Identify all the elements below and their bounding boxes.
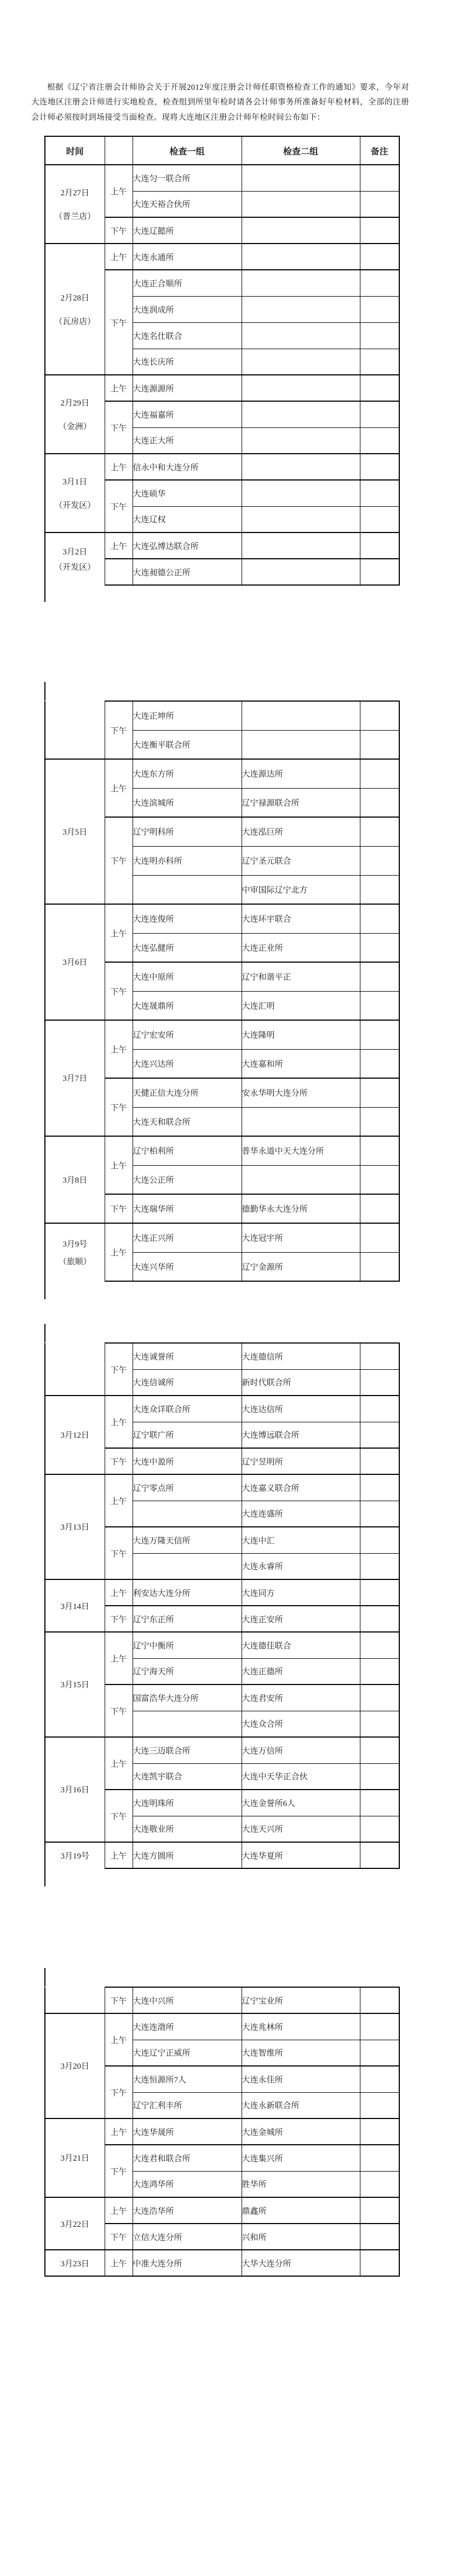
date-cell: 3月20日 <box>45 2013 105 2118</box>
date-cell <box>45 1343 105 1396</box>
group1-cell: 大连明珠所 <box>133 1790 242 1816</box>
group2-cell: 辽宁圣元联合 <box>242 846 360 875</box>
session-cell: 上午 <box>105 1579 133 1606</box>
date-cell: 3月7日 <box>45 1020 105 1136</box>
session-cell: 上午 <box>105 759 133 817</box>
table-row: 2月28日（瓦房店）上午大连永通所 <box>45 244 399 270</box>
group1-cell: 天健正信大连分所 <box>133 1078 242 1107</box>
group2-cell: 大连源达所 <box>242 759 360 788</box>
date-text: 3月15日 <box>45 1678 105 1690</box>
date-cell: 3月22日 <box>45 2197 105 2250</box>
session-cell: 下午 <box>105 1448 133 1474</box>
date-text: （普兰店） <box>45 210 105 222</box>
group1-cell: 大连天和联合所 <box>133 1107 242 1136</box>
group2-cell: 普华永道中天大连分所 <box>242 1136 360 1165</box>
note-cell <box>360 1223 399 1252</box>
note-cell <box>360 2118 399 2145</box>
date-cell: 3月21日 <box>45 2118 105 2197</box>
group2-cell <box>242 427 360 454</box>
group1-cell: 辽宁联广所 <box>133 1422 242 1448</box>
session-cell: 下午 <box>105 1527 133 1579</box>
session-cell: 下午 <box>105 1790 133 1842</box>
table-row: 3月12日上午大连众详联合所大连达信所 <box>45 1396 399 1422</box>
note-cell <box>360 480 399 506</box>
group1-cell: 大连诚誉所 <box>133 1343 242 1369</box>
note-cell <box>360 1790 399 1816</box>
group1-cell: 辽宁东正所 <box>133 1606 242 1632</box>
table-row: 3月19号上午大连方圆所大连华夏所 <box>45 1842 399 1868</box>
group2-cell: 大连正德所 <box>242 1658 360 1684</box>
note-cell <box>360 1501 399 1527</box>
table-row: 3月16日上午大连三迈联合所大连万信所 <box>45 1737 399 1763</box>
session-cell: 上午 <box>105 1842 133 1868</box>
session-cell: 下午 <box>105 1684 133 1737</box>
table-row: 3月2日（开发区）上午大连弘博达联合所 <box>45 532 399 559</box>
session-cell: 上午 <box>105 2250 133 2276</box>
column-header-1: 时间 <box>45 136 105 165</box>
note-cell <box>360 1527 399 1553</box>
page-break-border-stub <box>44 1281 45 1299</box>
group2-cell: 大连正业所 <box>242 933 360 962</box>
note-cell <box>360 1049 399 1078</box>
note-cell <box>360 191 399 217</box>
group1-cell: 大连正兴所 <box>133 1223 242 1252</box>
group2-cell: 大连博远联合所 <box>242 1422 360 1448</box>
note-cell <box>360 270 399 296</box>
note-cell <box>360 904 399 933</box>
table-row: 3月23日上午中准大连分所大华大连分所 <box>45 2250 399 2276</box>
session-cell <box>105 559 133 585</box>
date-text: 3月9号 <box>45 1238 105 1249</box>
session-cell: 下午 <box>105 1606 133 1632</box>
group2-cell: 大连智维所 <box>242 2040 360 2066</box>
group2-cell: 胜华所 <box>242 2171 360 2197</box>
group1-cell: 大连浩华所 <box>133 2197 242 2224</box>
note-cell <box>360 875 399 904</box>
date-cell: 3月16日 <box>45 1737 105 1842</box>
group2-cell: 中审国际辽宁北方 <box>242 875 360 904</box>
schedule-table-page-1: 时间检查一组检查二组备注2月27日（普兰店）上午大连匀一联合所大连天裕合伙所下午… <box>44 136 400 586</box>
note-cell <box>360 730 399 759</box>
date-text: （开发区） <box>45 561 105 572</box>
note-cell <box>360 2145 399 2171</box>
session-cell: 下午 <box>105 2066 133 2118</box>
session-cell: 上午 <box>105 454 133 480</box>
session-cell: 上午 <box>105 1223 133 1281</box>
date-cell: 2月29日（金洲） <box>45 375 105 454</box>
group2-cell: 大连正安所 <box>242 1606 360 1632</box>
page-break-border-stub <box>44 1968 45 1987</box>
group2-cell: 辽宁宝业所 <box>242 1987 360 2013</box>
session-cell: 下午 <box>105 270 133 375</box>
group2-cell: 大连永睿所 <box>242 1553 360 1579</box>
group1-cell <box>133 1553 242 1579</box>
group2-cell: 辽宁和谐平正 <box>242 962 360 991</box>
group1-cell: 大连名仕联合 <box>133 322 242 349</box>
group1-cell: 大连中原所 <box>133 962 242 991</box>
group2-cell <box>242 506 360 532</box>
table-row: 3月9号（旅顺）上午大连正兴所大连冠宇所 <box>45 1223 399 1252</box>
note-cell <box>360 1422 399 1448</box>
date-text: 3月21日 <box>45 2152 105 2163</box>
group2-cell: 大连天兴所 <box>242 1816 360 1842</box>
table-row: 3月1日（开发区）上午信永中和大连分所 <box>45 454 399 480</box>
note-cell <box>360 1816 399 1842</box>
group2-cell: 大连德佳联合 <box>242 1632 360 1658</box>
note-cell <box>360 962 399 991</box>
table-row: 下午大连中兴所辽宁宝业所 <box>45 1987 399 2013</box>
date-text: （开发区） <box>45 499 105 511</box>
note-cell <box>360 1553 399 1579</box>
group2-cell <box>242 296 360 322</box>
date-text: （旅顺） <box>45 1255 105 1267</box>
session-cell: 下午 <box>105 817 133 904</box>
date-cell: 3月9号（旅顺） <box>45 1223 105 1281</box>
note-cell <box>360 817 399 846</box>
group1-cell: 大连君和联合所 <box>133 2145 242 2171</box>
group1-cell: 大连鸿华所 <box>133 2171 242 2197</box>
group1-cell: 大连昶德公正所 <box>133 559 242 585</box>
note-cell <box>360 296 399 322</box>
group2-cell <box>242 244 360 270</box>
session-cell: 上午 <box>105 1737 133 1790</box>
session-cell: 上午 <box>105 375 133 401</box>
group2-cell: 德勤华永大连分所 <box>242 1194 360 1223</box>
group1-cell: 大连兴达所 <box>133 1049 242 1078</box>
group2-cell: 大连中汇 <box>242 1527 360 1553</box>
date-text: 3月13日 <box>45 1521 105 1532</box>
group1-cell: 大连万隆天信所 <box>133 1527 242 1553</box>
schedule-table-page-4: 下午大连中兴所辽宁宝业所3月20日上午大连连渤所大连兆林所大连辽宁正威所大连智维… <box>44 1987 400 2277</box>
session-cell: 下午 <box>105 701 133 759</box>
note-cell <box>360 759 399 788</box>
group2-cell <box>242 730 360 759</box>
group2-cell: 大连德信所 <box>242 1343 360 1369</box>
group2-cell <box>242 1107 360 1136</box>
group2-cell <box>242 559 360 585</box>
date-cell: 3月12日 <box>45 1396 105 1474</box>
table-row: 3月20日上午大连连渤所大连兆林所 <box>45 2013 399 2040</box>
session-cell: 下午 <box>105 2224 133 2250</box>
session-cell: 上午 <box>105 1474 133 1527</box>
table-row: 3月8日上午辽宁柏利所普华永道中天大连分所 <box>45 1136 399 1165</box>
note-cell <box>360 1632 399 1658</box>
group2-cell <box>242 532 360 559</box>
note-cell <box>360 375 399 401</box>
table-row: 下午大连诚誉所大连德信所 <box>45 1343 399 1369</box>
table-row: 3月21日上午大连华晟所大连金城所 <box>45 2118 399 2145</box>
group1-cell: 大连润成所 <box>133 296 242 322</box>
group1-cell: 辽宁海天所 <box>133 1658 242 1684</box>
group1-cell: 大连正合顺所 <box>133 270 242 296</box>
table-row: 3月7日上午辽宁宏安所大连隆明 <box>45 1020 399 1049</box>
group1-cell: 大连辽懿所 <box>133 217 242 244</box>
date-cell: 3月6日 <box>45 904 105 1020</box>
note-cell <box>360 1396 399 1422</box>
group2-cell: 大连泓巨所 <box>242 817 360 846</box>
date-cell: 3月14日 <box>45 1579 105 1632</box>
group2-cell: 安永华明大连分所 <box>242 1078 360 1107</box>
group2-cell <box>242 165 360 191</box>
note-cell <box>360 991 399 1020</box>
date-text: 3月2日 <box>45 546 105 557</box>
group2-cell <box>242 270 360 296</box>
group2-cell: 大连隆明 <box>242 1020 360 1049</box>
session-cell: 上午 <box>105 165 133 217</box>
date-text: 3月22日 <box>45 2218 105 2230</box>
group2-cell <box>242 217 360 244</box>
date-cell <box>45 701 105 759</box>
group1-cell: 大连明亦科所 <box>133 846 242 875</box>
group2-cell: 大连中天华正合伙 <box>242 1763 360 1790</box>
group2-cell <box>242 454 360 480</box>
note-cell <box>360 1343 399 1369</box>
session-cell: 上午 <box>105 2013 133 2066</box>
group2-cell: 新时代联合所 <box>242 1369 360 1396</box>
date-cell: 2月28日（瓦房店） <box>45 244 105 375</box>
group2-cell: 大连君安所 <box>242 1684 360 1711</box>
group1-cell: 辽宁零点所 <box>133 1474 242 1501</box>
group2-cell: 大连兆林所 <box>242 2013 360 2040</box>
date-text: 2月29日 <box>45 397 105 408</box>
note-cell <box>360 846 399 875</box>
note-cell <box>360 1136 399 1165</box>
date-text: 3月12日 <box>45 1429 105 1440</box>
session-cell: 上午 <box>105 904 133 962</box>
column-header-2 <box>105 136 133 165</box>
note-cell <box>360 1763 399 1790</box>
group1-cell: 利安达大连分所 <box>133 1579 242 1606</box>
group2-cell: 辽宁昱明所 <box>242 1448 360 1474</box>
group2-cell: 大连冠宇所 <box>242 1223 360 1252</box>
session-cell: 上午 <box>105 2197 133 2224</box>
note-cell <box>360 427 399 454</box>
date-text: 2月28日 <box>45 292 105 303</box>
session-cell: 下午 <box>105 2145 133 2197</box>
session-cell: 下午 <box>105 217 133 244</box>
schedule-table-page-3: 下午大连诚誉所大连德信所大连信诚所新时代联合所3月12日上午大连众详联合所大连达… <box>44 1342 400 1869</box>
group2-cell: 大连连盛所 <box>242 1501 360 1527</box>
group2-cell <box>242 701 360 730</box>
group1-cell: 大连中兴所 <box>133 1987 242 2013</box>
group1-cell: 辽宁柏利所 <box>133 1136 242 1165</box>
group1-cell <box>133 1711 242 1737</box>
note-cell <box>360 2066 399 2092</box>
group1-cell: 辽宁汇利丰所 <box>133 2092 242 2118</box>
group1-cell <box>133 1501 242 1527</box>
group2-cell: 大连集兴所 <box>242 2145 360 2171</box>
group1-cell: 立信大连分所 <box>133 2224 242 2250</box>
group1-cell <box>133 875 242 904</box>
note-cell <box>360 2197 399 2224</box>
group2-cell: 大连汇明 <box>242 991 360 1020</box>
session-cell: 上午 <box>105 244 133 270</box>
date-text: 3月16日 <box>45 1784 105 1795</box>
note-cell <box>360 532 399 559</box>
date-cell <box>45 1987 105 2013</box>
group1-cell: 大连兴华所 <box>133 1252 242 1281</box>
group1-cell: 大连方圆所 <box>133 1842 242 1868</box>
group2-cell: 兴和所 <box>242 2224 360 2250</box>
session-cell: 下午 <box>105 1194 133 1223</box>
date-text: 3月14日 <box>45 1600 105 1612</box>
session-cell: 下午 <box>105 401 133 454</box>
table-row: 3月14日上午利安达大连分所大连同方 <box>45 1579 399 1606</box>
session-cell: 上午 <box>105 1632 133 1684</box>
group1-cell: 信永中和大连分所 <box>133 454 242 480</box>
date-cell: 3月1日（开发区） <box>45 454 105 532</box>
group1-cell: 大连正大所 <box>133 427 242 454</box>
group2-cell: 大连嘉义联合所 <box>242 1474 360 1501</box>
note-cell <box>360 401 399 427</box>
group1-cell: 大连辽权 <box>133 506 242 532</box>
group2-cell: 大连同方 <box>242 1579 360 1606</box>
note-cell <box>360 559 399 585</box>
group2-cell: 大连环宇联合 <box>242 904 360 933</box>
note-cell <box>360 217 399 244</box>
group1-cell: 辽宁明科所 <box>133 817 242 846</box>
date-cell: 3月5日 <box>45 759 105 904</box>
note-cell <box>360 322 399 349</box>
date-text: 3月7日 <box>45 1072 105 1084</box>
group1-cell: 大连恒源所7人 <box>133 2066 242 2092</box>
page-break-border-stub <box>44 583 45 602</box>
note-cell <box>360 1579 399 1606</box>
group2-cell: 辽宁金源所 <box>242 1252 360 1281</box>
note-cell <box>360 1711 399 1737</box>
session-cell: 上午 <box>105 1396 133 1448</box>
date-text: 3月1日 <box>45 476 105 487</box>
group1-cell: 大连凯宇联合 <box>133 1763 242 1790</box>
table-row: 3月5日上午大连东方所大连源达所 <box>45 759 399 788</box>
group2-cell <box>242 480 360 506</box>
date-text: 3月20日 <box>45 2060 105 2071</box>
group1-cell: 大连弘健所 <box>133 933 242 962</box>
session-cell: 下午 <box>105 1343 133 1396</box>
date-text: 2月27日 <box>45 187 105 198</box>
group1-cell: 大连长庆所 <box>133 349 242 375</box>
note-cell <box>360 2171 399 2197</box>
page-break-border-stub <box>44 1868 45 1886</box>
page-break-border-stub <box>44 682 45 701</box>
column-header-3: 检查一组 <box>133 136 242 165</box>
note-cell <box>360 1737 399 1763</box>
group1-cell: 大连正坤所 <box>133 701 242 730</box>
note-cell <box>360 1020 399 1049</box>
table-row: 3月15日上午辽宁中衡所大连德佳联合 <box>45 1632 399 1658</box>
date-text: 3月8日 <box>45 1174 105 1185</box>
schedule-table-page-2: 下午大连正坤所大连衡平联合所3月5日上午大连东方所大连源达所大连滨城所辽宁禄源联… <box>44 701 400 1282</box>
table-row: 下午大连正坤所 <box>45 701 399 730</box>
session-cell: 上午 <box>105 532 133 559</box>
group2-cell <box>242 191 360 217</box>
intro-paragraph: 根据《辽宁省注册会计师协会关于开展2012年度注册会计师任职资格检查工作的通知》… <box>31 80 409 126</box>
date-text: （瓦房店） <box>45 315 105 327</box>
date-text: 3月23日 <box>45 2257 105 2269</box>
group1-cell: 大连连渤所 <box>133 2013 242 2040</box>
group1-cell: 大连信诚所 <box>133 1369 242 1396</box>
note-cell <box>360 2092 399 2118</box>
date-cell: 3月13日 <box>45 1474 105 1579</box>
group1-cell: 大连天裕合伙所 <box>133 191 242 217</box>
date-text: 3月19号 <box>45 1850 105 1861</box>
session-cell: 下午 <box>105 1078 133 1136</box>
session-cell: 上午 <box>105 2118 133 2145</box>
note-cell <box>360 2250 399 2276</box>
session-cell: 下午 <box>105 962 133 1020</box>
group1-cell: 大连东方所 <box>133 759 242 788</box>
group2-cell <box>242 349 360 375</box>
column-header-5: 备注 <box>360 136 399 165</box>
table-row: 3月13日上午辽宁零点所大连嘉义联合所 <box>45 1474 399 1501</box>
session-cell: 下午 <box>105 1987 133 2013</box>
group1-cell: 大连众详联合所 <box>133 1396 242 1422</box>
group2-cell <box>242 1165 360 1194</box>
note-cell <box>360 1194 399 1223</box>
date-cell: 3月23日 <box>45 2250 105 2276</box>
group2-cell: 大连万信所 <box>242 1737 360 1763</box>
column-header-4: 检查二组 <box>242 136 360 165</box>
group2-cell: 大连金誉所6人 <box>242 1790 360 1816</box>
note-cell <box>360 1987 399 2013</box>
group2-cell: 大连金城所 <box>242 2118 360 2145</box>
group1-cell: 大连福嘉所 <box>133 401 242 427</box>
date-cell: 3月8日 <box>45 1136 105 1223</box>
date-text: （金洲） <box>45 420 105 432</box>
note-cell <box>360 1107 399 1136</box>
table-row: 2月29日（金洲）上午大连源源所 <box>45 375 399 401</box>
group1-cell: 中准大连分所 <box>133 2250 242 2276</box>
group2-cell: 大华大连分所 <box>242 2250 360 2276</box>
group2-cell: 大连嘉和所 <box>242 1049 360 1078</box>
session-cell: 下午 <box>105 480 133 532</box>
note-cell <box>360 1842 399 1868</box>
date-cell: 3月19号 <box>45 1842 105 1868</box>
group2-cell <box>242 375 360 401</box>
note-cell <box>360 701 399 730</box>
note-cell <box>360 349 399 375</box>
group2-cell: 鼎鑫所 <box>242 2197 360 2224</box>
note-cell <box>360 506 399 532</box>
date-cell: 3月15日 <box>45 1632 105 1737</box>
note-cell <box>360 788 399 817</box>
note-cell <box>360 2040 399 2066</box>
group2-cell: 大连永新联合所 <box>242 2092 360 2118</box>
note-cell <box>360 933 399 962</box>
group2-cell: 辽宁禄源联合所 <box>242 788 360 817</box>
date-cell: 3月2日（开发区） <box>45 532 105 585</box>
table-row: 3月22日上午大连浩华所鼎鑫所 <box>45 2197 399 2224</box>
group1-cell: 大连公正所 <box>133 1165 242 1194</box>
note-cell <box>360 1606 399 1632</box>
group1-cell: 大连晟鼎所 <box>133 991 242 1020</box>
note-cell <box>360 1369 399 1396</box>
note-cell <box>360 1165 399 1194</box>
note-cell <box>360 1078 399 1107</box>
group1-cell: 大连滨城所 <box>133 788 242 817</box>
page-break-border-stub <box>44 1324 45 1342</box>
group1-cell: 辽宁中衡所 <box>133 1632 242 1658</box>
group1-cell: 大连瑞华所 <box>133 1194 242 1223</box>
note-cell <box>360 165 399 191</box>
group1-cell: 大连弘博达联合所 <box>133 532 242 559</box>
group1-cell: 大连中盈所 <box>133 1448 242 1474</box>
date-text: 3月5日 <box>45 826 105 837</box>
group1-cell: 国富浩华大连分所 <box>133 1684 242 1711</box>
group2-cell: 大连达信所 <box>242 1396 360 1422</box>
group2-cell <box>242 401 360 427</box>
header-row: 时间检查一组检查二组备注 <box>45 136 399 165</box>
